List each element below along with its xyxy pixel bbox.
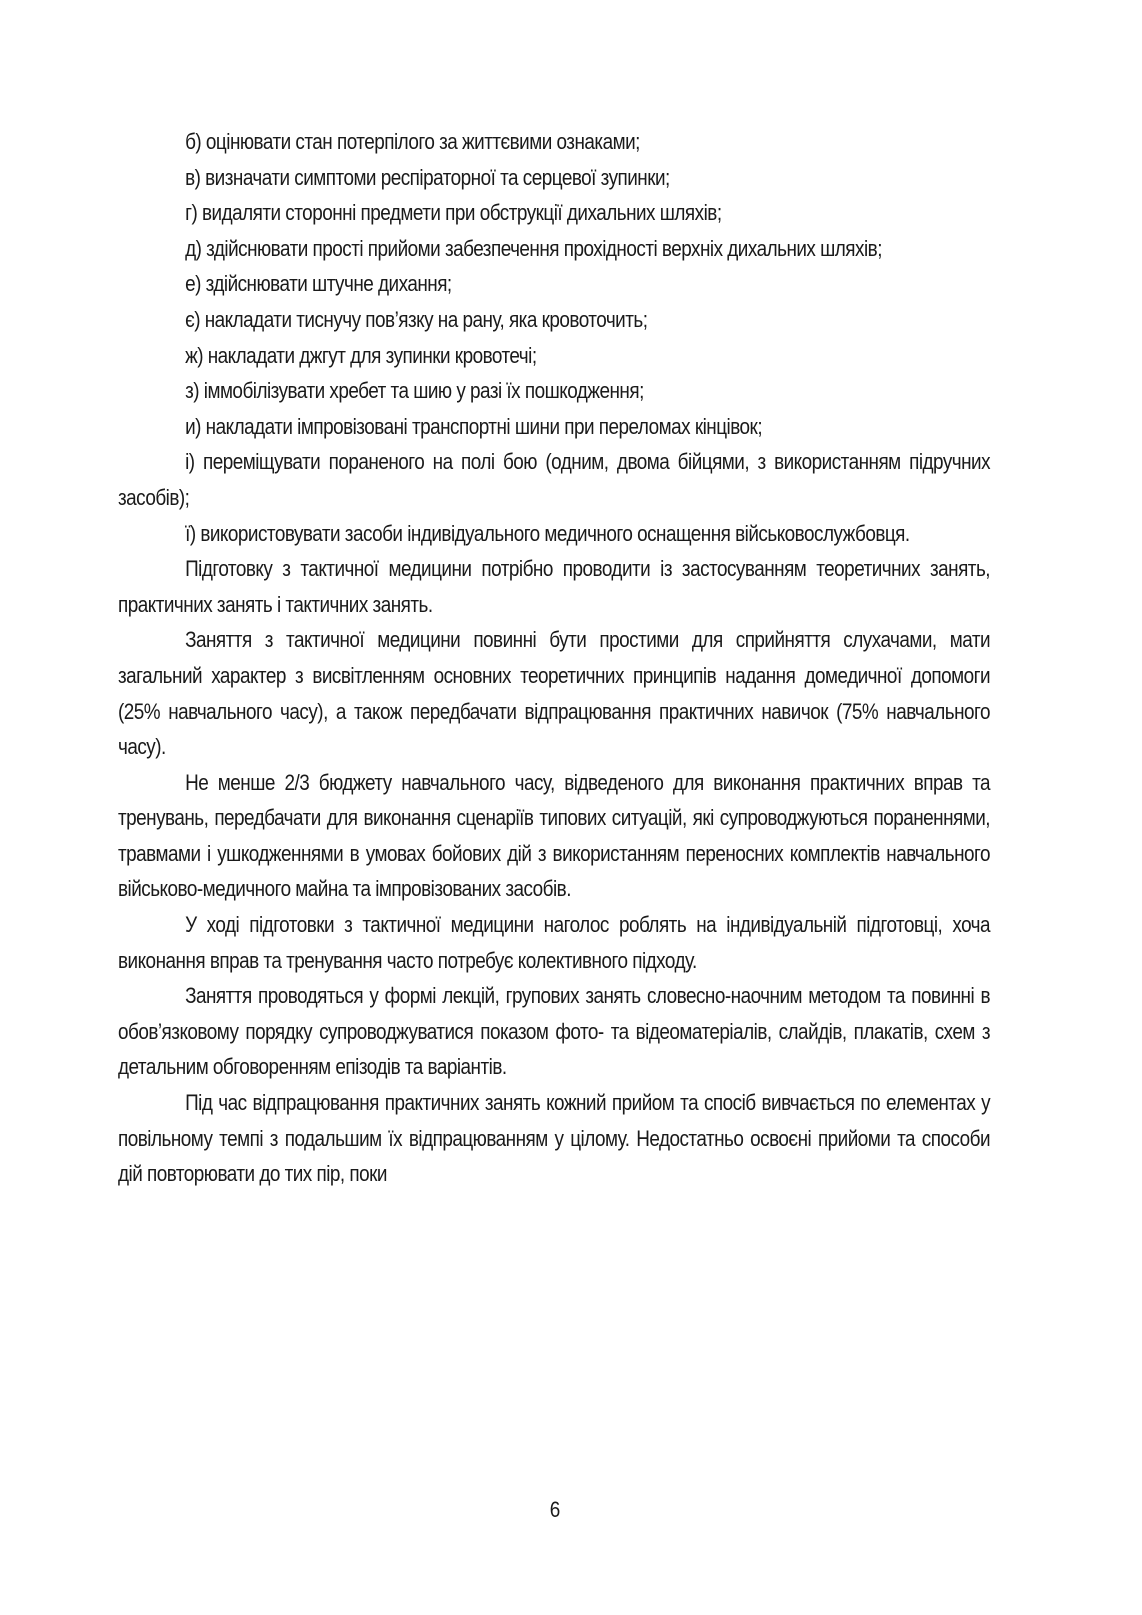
list-item: е) здійснювати штучне дихання; [118,266,990,302]
list-item: з) іммобілізувати хребет та шию у разі ї… [118,373,990,409]
body-text: б) оцінювати стан потерпілого за життєви… [118,124,990,1192]
paragraph: Заняття проводяться у формі лекцій, груп… [118,978,990,1085]
list-item: б) оцінювати стан потерпілого за життєви… [118,124,990,160]
paragraph: Під час відпрацювання практичних занять … [118,1085,990,1192]
list-item: д) здійснювати прості прийоми забезпечен… [118,231,990,267]
paragraph: Заняття з тактичної медицини повинні бут… [118,622,990,764]
list-item: і) переміщувати пораненого на полі бою (… [118,444,990,515]
list-item: г) видаляти сторонні предмети при обстру… [118,195,990,231]
list-item: и) накладати імпровізовані транспортні ш… [118,409,990,445]
list-item: є) накладати тиснучу пов’язку на рану, я… [118,302,990,338]
paragraph: Підготовку з тактичної медицини потрібно… [118,551,990,622]
document-page: б) оцінювати стан потерпілого за життєви… [0,0,1142,1615]
list-item: в) визначати симптоми респіраторної та с… [118,160,990,196]
list-item: ж) накладати джгут для зупинки кровотечі… [118,338,990,374]
paragraph: Не менше 2/3 бюджету навчального часу, в… [118,765,990,907]
paragraph: У ході підготовки з тактичної медицини н… [118,907,990,978]
page-number: 6 [78,1497,1033,1523]
list-item: ї) використовувати засоби індивідуальног… [118,516,990,552]
